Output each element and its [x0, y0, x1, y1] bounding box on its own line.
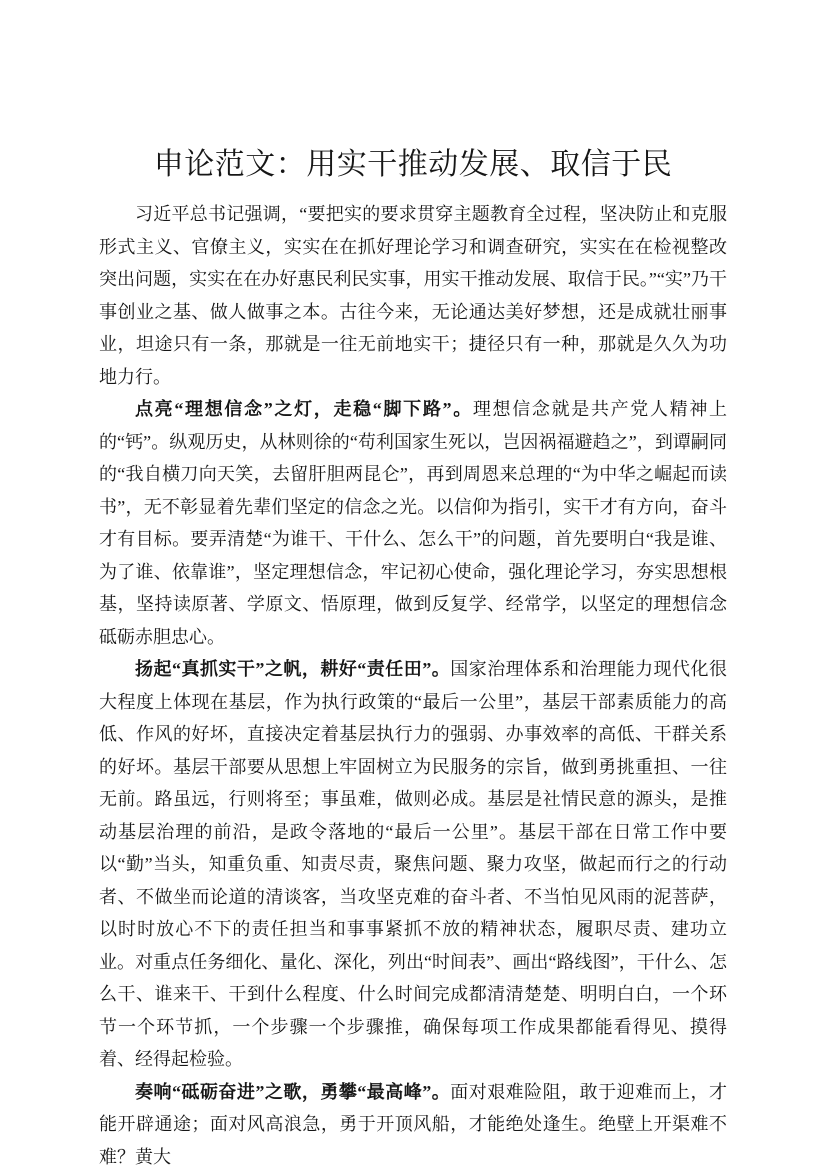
document-title: 申论范文：用实干推动发展、取信于民 — [99, 146, 727, 184]
paragraph-lead-bold: 扬起“真抓实干”之帆，耕好“责任田”。 — [135, 659, 450, 679]
essay-paragraph: 点亮“理想信念”之灯，走稳“脚下路”。理想信念就是共产党人精神上的“钙”。纵观历… — [99, 393, 727, 653]
essay-paragraph: 习近平总书记强调，“要把实的要求贯穿主题教育全过程，坚决防止和克服形式主义、官僚… — [99, 198, 727, 393]
document-page: 申论范文：用实干推动发展、取信于民 习近平总书记强调，“要把实的要求贯穿主题教育… — [0, 0, 826, 1165]
paragraph-lead-bold: 奏响“砥砺奋进”之歌，勇攀“最高峰”。 — [135, 1082, 450, 1102]
paragraph-text: 习近平总书记强调，“要把实的要求贯穿主题教育全过程，坚决防止和克服形式主义、官僚… — [99, 204, 727, 387]
essay-paragraph: 奏响“砥砺奋进”之歌，勇攀“最高峰”。面对艰难险阻，敢于迎难而上，才能开辟通途；… — [99, 1076, 727, 1165]
paragraph-text: 国家治理体系和治理能力现代化很大程度上体现在基层，作为执行政策的“最后一公里”，… — [99, 659, 727, 1069]
document-content: 申论范文：用实干推动发展、取信于民 习近平总书记强调，“要把实的要求贯穿主题教育… — [0, 0, 826, 1165]
essay-body: 习近平总书记强调，“要把实的要求贯穿主题教育全过程，坚决防止和克服形式主义、官僚… — [99, 198, 727, 1165]
paragraph-lead-bold: 点亮“理想信念”之灯，走稳“脚下路”。 — [135, 399, 473, 419]
essay-paragraph: 扬起“真抓实干”之帆，耕好“责任田”。国家治理体系和治理能力现代化很大程度上体现… — [99, 653, 727, 1076]
paragraph-text: 理想信念就是共产党人精神上的“钙”。纵观历史，从林则徐的“苟利国家生死以，岂因祸… — [99, 399, 727, 647]
